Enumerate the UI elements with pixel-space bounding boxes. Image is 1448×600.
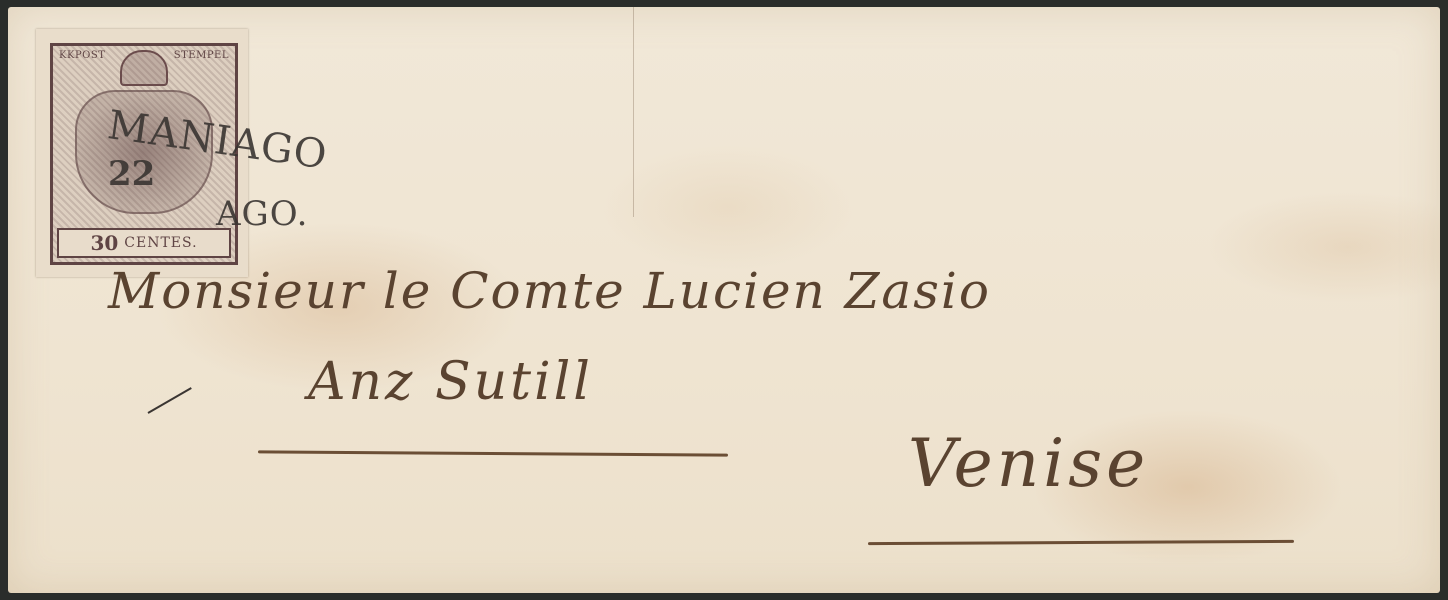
stamp-value: 30 CENTES.: [57, 228, 231, 258]
address-line-2: Anz Sutill: [308, 352, 593, 412]
stamp-top-right-text: STEMPEL: [174, 50, 229, 61]
postmark-month: AGO.: [216, 194, 308, 234]
underline-1: [258, 450, 728, 456]
stamp-value-currency: CENTES.: [124, 235, 197, 251]
crown-icon: [120, 50, 168, 86]
address-line-1: Monsieur le Comte Lucien Zasio: [108, 262, 991, 320]
envelope: KKPOST STEMPEL 30 CENTES. MANIAGO 22 AGO…: [8, 7, 1440, 593]
paper-crease: [633, 7, 638, 217]
postmark-day: 22: [108, 154, 155, 194]
address-line-3: Venise: [908, 425, 1149, 502]
ink-mark: [148, 387, 192, 414]
underline-2: [868, 540, 1294, 545]
stamp-value-number: 30: [90, 231, 118, 255]
stamp-top-left-text: KKPOST: [59, 50, 105, 61]
